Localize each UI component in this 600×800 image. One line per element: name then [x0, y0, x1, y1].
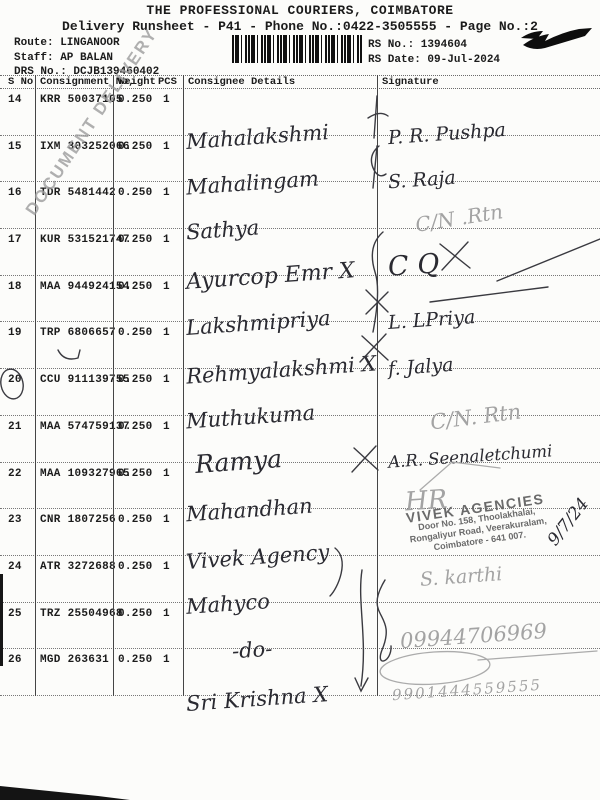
cell-serial-no: 24 [8, 561, 22, 573]
cell-weight: 0.250 [118, 654, 153, 666]
handwritten-signature: HR [404, 485, 448, 518]
cell-weight: 0.250 [118, 234, 153, 246]
cell-consignment-no: MGD 263631 [40, 654, 109, 666]
rs-no-line: RS No.: 1394604 [368, 39, 467, 51]
runsheet-table: S No Consignment No, Weight PCS Consigne… [0, 75, 600, 696]
marker-arrow-icon [515, 12, 600, 62]
column-divider [377, 75, 378, 696]
column-divider [183, 75, 184, 696]
handwritten-consignee: Ramya [194, 443, 283, 478]
cell-pcs: 1 [163, 281, 170, 293]
cell-pcs: 1 [163, 468, 170, 480]
cell-weight: 0.250 [118, 468, 153, 480]
cell-pcs: 1 [163, 141, 170, 153]
cell-serial-no: 20 [8, 374, 22, 386]
cell-serial-no: 19 [8, 327, 22, 339]
header-pcs: PCS [158, 76, 177, 88]
cell-serial-no: 14 [8, 94, 22, 106]
cell-serial-no: 22 [8, 468, 22, 480]
cell-weight: 0.250 [118, 94, 153, 106]
cell-serial-no: 25 [8, 608, 22, 620]
cell-consignment-no: CCU 911139755 [40, 374, 130, 386]
cell-serial-no: 16 [8, 187, 22, 199]
runsheet-scan-page: THE PROFESSIONAL COURIERS, COIMBATORE De… [0, 0, 600, 800]
handwritten-consignee: -do- [231, 637, 273, 664]
handwritten-signature: 09944706969 [399, 619, 547, 653]
table-header-row: S No Consignment No, Weight PCS Consigne… [0, 75, 600, 89]
cell-pcs: 1 [163, 421, 170, 433]
handwritten-signature: 9901444559555 [392, 676, 543, 704]
column-divider [113, 75, 114, 696]
cell-consignment-no: MAA 109327965 [40, 468, 130, 480]
handwritten-signature: S. karthi [419, 563, 503, 591]
cell-weight: 0.250 [118, 281, 153, 293]
cell-pcs: 1 [163, 654, 170, 666]
cell-consignment-no: TRP 6806657 [40, 327, 116, 339]
column-divider [35, 75, 36, 696]
company-title: THE PROFESSIONAL COURIERS, COIMBATORE [0, 3, 600, 18]
cell-weight: 0.250 [118, 608, 153, 620]
rs-date-line: RS Date: 09-Jul-2024 [368, 54, 500, 66]
cell-consignment-no: TRZ 25504968 [40, 608, 123, 620]
runsheet-subtitle: Delivery Runsheet - P41 - Phone No.:0422… [0, 19, 600, 34]
header-sno: S No [8, 76, 33, 88]
cell-pcs: 1 [163, 234, 170, 246]
cell-consignment-no: ATR 3272688 [40, 561, 116, 573]
staff-line: Staff: AP BALAN [14, 52, 113, 64]
cell-weight: 0.250 [118, 327, 153, 339]
cell-consignment-no: MAA 944924154 [40, 281, 130, 293]
cell-pcs: 1 [163, 187, 170, 199]
cell-consignment-no: CNR 1807256 [40, 514, 116, 526]
barcode [232, 35, 362, 63]
header-signature: Signature [382, 76, 439, 88]
cell-pcs: 1 [163, 561, 170, 573]
cell-pcs: 1 [163, 94, 170, 106]
table-body: 14KRR 500371050.2501MahalakshmiP. R. Pus… [0, 89, 600, 696]
cell-weight: 0.250 [118, 141, 153, 153]
cell-consignment-no: KUR 531521747 [40, 234, 130, 246]
table-row: 17KUR 5315217470.2501Ayurcop Emr XC Q [0, 229, 600, 276]
meta-right-block: RS No.: 1394604 RS Date: 09-Jul-2024 [368, 38, 500, 67]
scan-artifact-left-edge [0, 574, 3, 666]
header-consignee-details: Consignee Details [188, 76, 295, 88]
route-line: Route: LINGANOOR [14, 37, 120, 49]
cell-weight: 0.250 [118, 187, 153, 199]
cell-consignment-no: MAA 574759137 [40, 421, 130, 433]
cell-weight: 0.250 [118, 421, 153, 433]
cell-serial-no: 21 [8, 421, 22, 433]
cell-weight: 0.250 [118, 514, 153, 526]
handwritten-signature: C Q [387, 248, 440, 283]
handwritten-consignee: Sri Krishna X [185, 682, 329, 716]
cell-weight: 0.250 [118, 374, 153, 386]
cell-pcs: 1 [163, 327, 170, 339]
cell-serial-no: 17 [8, 234, 22, 246]
cell-pcs: 1 [163, 514, 170, 526]
cell-serial-no: 23 [8, 514, 22, 526]
cell-serial-no: 15 [8, 141, 22, 153]
table-row: 26MGD 2636310.2501Sri Krishna X990144455… [0, 649, 600, 696]
cell-weight: 0.250 [118, 561, 153, 573]
cell-serial-no: 26 [8, 654, 22, 666]
table-row: 25TRZ 255049680.2501-do-09944706969 [0, 603, 600, 650]
cell-serial-no: 18 [8, 281, 22, 293]
cell-pcs: 1 [163, 608, 170, 620]
cell-pcs: 1 [163, 374, 170, 386]
